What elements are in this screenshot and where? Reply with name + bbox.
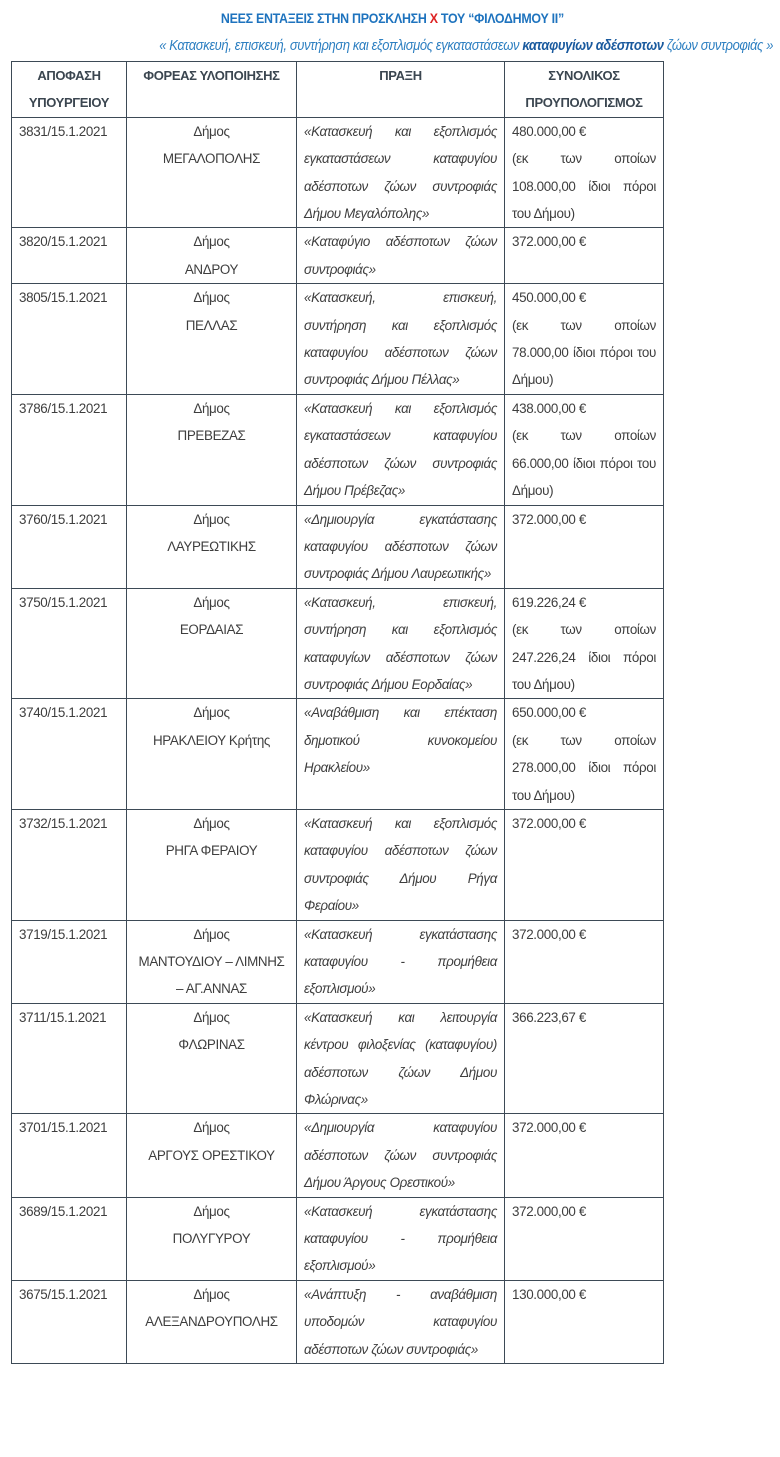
page-title: ΝΕΕΣ ΕΝΤΑΞΕΙΣ ΣΤΗΝ ΠΡΟΣΚΛΗΣΗ Χ ΤΟΥ “ΦΙΛΟ…: [34, 11, 752, 26]
action-cell: «Κατασκευή εγκατάστασης καταφυγίου - προ…: [297, 920, 505, 1003]
action-text: «Ανάπτυξη - αναβάθμιση υποδομών καταφυγί…: [304, 1287, 497, 1357]
body-name: ΑΛΕΞΑΝΔΡΟΥΠΟΛΗΣ: [145, 1314, 277, 1329]
body-name: ΛΑΥΡΕΩΤΙΚΗΣ: [167, 539, 256, 554]
action-cell: «Κατασκευή και εξοπλισμός εγκαταστάσεων …: [297, 394, 505, 505]
implementing-body-cell: ΔήμοςΡΗΓΑ ΦΕΡΑΙΟΥ: [127, 809, 297, 920]
action-text: «Αναβάθμιση και επέκταση δημοτικού κυνοκ…: [304, 705, 497, 775]
own-funds-note: (εκ των οποίων 247.226,24 ίδιοι πόροι το…: [512, 622, 656, 692]
decision-cell: 3711/15.1.2021: [12, 1003, 127, 1114]
decision-number: 3740/15.1.2021: [19, 705, 107, 720]
action-text: «Κατασκευή, επισκευή, συντήρηση και εξοπ…: [304, 595, 497, 692]
table-row: 3820/15.1.2021 ΔήμοςΑΝΔΡΟΥ «Καταφύγιο αδ…: [12, 228, 664, 284]
budget-cell: 372.000,00 €: [505, 1197, 664, 1280]
body-type: Δήμος: [193, 234, 229, 249]
budget-cell: 372.000,00 €: [505, 228, 664, 284]
table-header-row: ΑΠΟΦΑΣΗΥΠΟΥΡΓΕΙΟΥ ΦΟΡΕΑΣ ΥΛΟΠΟΙΗΣΗΣ ΠΡΑΞ…: [12, 62, 664, 118]
implementing-body-cell: ΔήμοςΛΑΥΡΕΩΤΙΚΗΣ: [127, 505, 297, 588]
decision-cell: 3786/15.1.2021: [12, 394, 127, 505]
budget-cell: 372.000,00 €: [505, 505, 664, 588]
action-cell: «Δημιουργία καταφυγίου αδέσποτων ζώων συ…: [297, 1114, 505, 1197]
budget-amount: 480.000,00 €: [512, 118, 656, 145]
table-row: 3760/15.1.2021 ΔήμοςΛΑΥΡΕΩΤΙΚΗΣ «Δημιουρ…: [12, 505, 664, 588]
action-cell: «Ανάπτυξη - αναβάθμιση υποδομών καταφυγί…: [297, 1280, 505, 1363]
column-header-action: ΠΡΑΞΗ: [297, 62, 505, 118]
action-text: «Κατασκευή, επισκευή, συντήρηση και εξοπ…: [304, 290, 497, 387]
implementing-body-cell: ΔήμοςΑΡΓΟΥΣ ΟΡΕΣΤΙΚΟΥ: [127, 1114, 297, 1197]
budget-amount: 450.000,00 €: [512, 284, 656, 311]
action-cell: «Κατασκευή και εξοπλισμός καταφυγίου αδέ…: [297, 809, 505, 920]
budget-amount: 438.000,00 €: [512, 395, 656, 422]
implementing-body-cell: ΔήμοςΗΡΑΚΛΕΙΟΥ Κρήτης: [127, 699, 297, 810]
budget-amount: 372.000,00 €: [512, 228, 656, 255]
budget-cell: 450.000,00 €(εκ των οποίων 78.000,00 ίδι…: [505, 284, 664, 395]
implementing-body-cell: ΔήμοςΑΛΕΞΑΝΔΡΟΥΠΟΛΗΣ: [127, 1280, 297, 1363]
column-header-decision: ΑΠΟΦΑΣΗΥΠΟΥΡΓΕΙΟΥ: [12, 62, 127, 118]
subtitle-bold: καταφυγίων αδέσποτων: [522, 38, 663, 54]
body-type: Δήμος: [193, 595, 229, 610]
decision-cell: 3701/15.1.2021: [12, 1114, 127, 1197]
column-header-budget: ΣΥΝΟΛΙΚΟΣΠΡΟΥΠΟΛΟΓΙΣΜΟΣ: [505, 62, 664, 118]
body-type: Δήμος: [193, 401, 229, 416]
implementing-body-cell: ΔήμοςΦΛΩΡΙΝΑΣ: [127, 1003, 297, 1114]
table-row: 3711/15.1.2021 ΔήμοςΦΛΩΡΙΝΑΣ «Κατασκευή …: [12, 1003, 664, 1114]
decision-cell: 3675/15.1.2021: [12, 1280, 127, 1363]
decision-number: 3675/15.1.2021: [19, 1287, 107, 1302]
decision-cell: 3750/15.1.2021: [12, 588, 127, 699]
body-name: ΜΑΝΤΟΥΔΙΟΥ – ΛΙΜΝΗΣ – ΑΓ.ΑΝΝΑΣ: [139, 954, 285, 996]
own-funds-note: (εκ των οποίων 278.000,00 ίδιοι πόροι το…: [512, 733, 656, 803]
action-text: «Δημιουργία εγκατάστασης καταφυγίου αδέσ…: [304, 512, 497, 582]
column-header-body: ΦΟΡΕΑΣ ΥΛΟΠΟΙΗΣΗΣ: [127, 62, 297, 118]
decision-number: 3820/15.1.2021: [19, 234, 107, 249]
budget-amount: 372.000,00 €: [512, 1198, 656, 1225]
action-cell: «Κατασκευή, επισκευή, συντήρηση και εξοπ…: [297, 588, 505, 699]
decision-number: 3805/15.1.2021: [19, 290, 107, 305]
action-cell: «Κατασκευή και λειτουργία κέντρου φιλοξε…: [297, 1003, 505, 1114]
implementing-body-cell: ΔήμοςΠΡΕΒΕΖΑΣ: [127, 394, 297, 505]
body-type: Δήμος: [193, 124, 229, 139]
table-row: 3831/15.1.2021 ΔήμοςΜΕΓΑΛΟΠΟΛΗΣ «Κατασκε…: [12, 117, 664, 228]
action-text: «Κατασκευή και εξοπλισμός καταφυγίου αδέ…: [304, 816, 497, 913]
implementing-body-cell: ΔήμοςΜΕΓΑΛΟΠΟΛΗΣ: [127, 117, 297, 228]
body-type: Δήμος: [193, 290, 229, 305]
table-row: 3740/15.1.2021 ΔήμοςΗΡΑΚΛΕΙΟΥ Κρήτης «Αν…: [12, 699, 664, 810]
own-funds-note: (εκ των οποίων 108.000,00 ίδιοι πόροι το…: [512, 151, 656, 221]
budget-amount: 130.000,00 €: [512, 1281, 656, 1308]
action-cell: «Κατασκευή και εξοπλισμός εγκαταστάσεων …: [297, 117, 505, 228]
action-cell: «Καταφύγιο αδέσποτων ζώων συντροφιάς»: [297, 228, 505, 284]
table-row: 3701/15.1.2021 ΔήμοςΑΡΓΟΥΣ ΟΡΕΣΤΙΚΟΥ «Δη…: [12, 1114, 664, 1197]
budget-amount: 366.223,67 €: [512, 1004, 656, 1031]
decision-number: 3750/15.1.2021: [19, 595, 107, 610]
body-type: Δήμος: [193, 1204, 229, 1219]
table-row: 3719/15.1.2021 ΔήμοςΜΑΝΤΟΥΔΙΟΥ – ΛΙΜΝΗΣ …: [12, 920, 664, 1003]
body-name: ΠΟΛΥΓΥΡΟΥ: [173, 1231, 251, 1246]
body-name: ΜΕΓΑΛΟΠΟΛΗΣ: [163, 151, 260, 166]
action-text: «Κατασκευή εγκατάστασης καταφυγίου - προ…: [304, 1204, 497, 1274]
budget-cell: 130.000,00 €: [505, 1280, 664, 1363]
decision-cell: 3740/15.1.2021: [12, 699, 127, 810]
body-type: Δήμος: [193, 816, 229, 831]
budget-cell: 366.223,67 €: [505, 1003, 664, 1114]
decision-number: 3760/15.1.2021: [19, 512, 107, 527]
budget-cell: 372.000,00 €: [505, 920, 664, 1003]
action-text: «Δημιουργία καταφυγίου αδέσποτων ζώων συ…: [304, 1120, 497, 1190]
decision-cell: 3760/15.1.2021: [12, 505, 127, 588]
decision-cell: 3805/15.1.2021: [12, 284, 127, 395]
budget-cell: 650.000,00 €(εκ των οποίων 278.000,00 ίδ…: [505, 699, 664, 810]
budget-amount: 372.000,00 €: [512, 506, 656, 533]
budget-cell: 438.000,00 €(εκ των οποίων 66.000,00 ίδι…: [505, 394, 664, 505]
decision-cell: 3689/15.1.2021: [12, 1197, 127, 1280]
body-type: Δήμος: [193, 1010, 229, 1025]
decision-cell: 3820/15.1.2021: [12, 228, 127, 284]
decision-number: 3786/15.1.2021: [19, 401, 107, 416]
body-name: ΑΝΔΡΟΥ: [185, 262, 238, 277]
budget-cell: 372.000,00 €: [505, 809, 664, 920]
decision-cell: 3831/15.1.2021: [12, 117, 127, 228]
budget-amount: 650.000,00 €: [512, 699, 656, 726]
action-text: «Κατασκευή εγκατάστασης καταφυγίου - προ…: [304, 927, 497, 997]
action-cell: «Κατασκευή εγκατάστασης καταφυγίου - προ…: [297, 1197, 505, 1280]
table-row: 3750/15.1.2021 ΔήμοςΕΟΡΔΑΙΑΣ «Κατασκευή,…: [12, 588, 664, 699]
table-row: 3689/15.1.2021 ΔήμοςΠΟΛΥΓΥΡΟΥ «Κατασκευή…: [12, 1197, 664, 1280]
body-name: ΡΗΓΑ ΦΕΡΑΙΟΥ: [166, 843, 258, 858]
body-name: ΦΛΩΡΙΝΑΣ: [178, 1037, 244, 1052]
budget-cell: 372.000,00 €: [505, 1114, 664, 1197]
implementing-body-cell: ΔήμοςΕΟΡΔΑΙΑΣ: [127, 588, 297, 699]
action-cell: «Κατασκευή, επισκευή, συντήρηση και εξοπ…: [297, 284, 505, 395]
decision-cell: 3719/15.1.2021: [12, 920, 127, 1003]
body-type: Δήμος: [193, 927, 229, 942]
decision-number: 3732/15.1.2021: [19, 816, 107, 831]
decision-number: 3831/15.1.2021: [19, 124, 107, 139]
body-name: ΠΕΛΛΑΣ: [186, 318, 238, 333]
body-name: ΗΡΑΚΛΕΙΟΥ Κρήτης: [153, 733, 270, 748]
decision-number: 3711/15.1.2021: [19, 1010, 106, 1025]
own-funds-note: (εκ των οποίων 66.000,00 ίδιοι πόροι του…: [512, 428, 656, 498]
action-cell: «Αναβάθμιση και επέκταση δημοτικού κυνοκ…: [297, 699, 505, 810]
body-type: Δήμος: [193, 1120, 229, 1135]
title-prefix: ΝΕΕΣ ΕΝΤΑΞΕΙΣ ΣΤΗΝ ΠΡΟΣΚΛΗΣΗ: [221, 11, 430, 26]
body-name: ΑΡΓΟΥΣ ΟΡΕΣΤΙΚΟΥ: [148, 1148, 274, 1163]
decision-cell: 3732/15.1.2021: [12, 809, 127, 920]
decision-number: 3689/15.1.2021: [19, 1204, 107, 1219]
own-funds-note: (εκ των οποίων 78.000,00 ίδιοι πόροι του…: [512, 318, 656, 388]
decision-number: 3719/15.1.2021: [19, 927, 107, 942]
body-name: ΕΟΡΔΑΙΑΣ: [180, 622, 243, 637]
action-text: «Κατασκευή και εξοπλισμός εγκαταστάσεων …: [304, 401, 497, 498]
table-row: 3675/15.1.2021 ΔήμοςΑΛΕΞΑΝΔΡΟΥΠΟΛΗΣ «Ανά…: [12, 1280, 664, 1363]
implementing-body-cell: ΔήμοςΜΑΝΤΟΥΔΙΟΥ – ΛΙΜΝΗΣ – ΑΓ.ΑΝΝΑΣ: [127, 920, 297, 1003]
title-suffix: ΤΟΥ “ΦΙΛΟΔΗΜΟΥ ΙΙ”: [438, 11, 564, 26]
budget-amount: 372.000,00 €: [512, 921, 656, 948]
table-row: 3732/15.1.2021 ΔήμοςΡΗΓΑ ΦΕΡΑΙΟΥ «Κατασκ…: [12, 809, 664, 920]
action-cell: «Δημιουργία εγκατάστασης καταφυγίου αδέσ…: [297, 505, 505, 588]
implementing-body-cell: ΔήμοςΠΟΛΥΓΥΡΟΥ: [127, 1197, 297, 1280]
action-text: «Κατασκευή και εξοπλισμός εγκαταστάσεων …: [304, 124, 497, 221]
action-text: «Καταφύγιο αδέσποτων ζώων συντροφιάς»: [304, 234, 497, 276]
table-row: 3805/15.1.2021 ΔήμοςΠΕΛΛΑΣ «Κατασκευή, ε…: [12, 284, 664, 395]
action-text: «Κατασκευή και λειτουργία κέντρου φιλοξε…: [304, 1010, 497, 1107]
budget-amount: 619.226,24 €: [512, 589, 656, 616]
implementing-body-cell: ΔήμοςΑΝΔΡΟΥ: [127, 228, 297, 284]
inclusions-table: ΑΠΟΦΑΣΗΥΠΟΥΡΓΕΙΟΥ ΦΟΡΕΑΣ ΥΛΟΠΟΙΗΣΗΣ ΠΡΑΞ…: [11, 61, 664, 1364]
body-type: Δήμος: [193, 1287, 229, 1302]
subtitle-suffix: ζώων συντροφιάς »: [664, 38, 773, 54]
budget-cell: 619.226,24 €(εκ των οποίων 247.226,24 ίδ…: [505, 588, 664, 699]
budget-cell: 480.000,00 €(εκ των οποίων 108.000,00 ίδ…: [505, 117, 664, 228]
body-type: Δήμος: [193, 705, 229, 720]
decision-number: 3701/15.1.2021: [19, 1120, 107, 1135]
budget-amount: 372.000,00 €: [512, 1114, 656, 1141]
budget-amount: 372.000,00 €: [512, 810, 656, 837]
implementing-body-cell: ΔήμοςΠΕΛΛΑΣ: [127, 284, 297, 395]
page-subtitle: « Κατασκευή, επισκευή, συντήρηση και εξο…: [159, 38, 773, 54]
body-type: Δήμος: [193, 512, 229, 527]
table-row: 3786/15.1.2021 ΔήμοςΠΡΕΒΕΖΑΣ «Κατασκευή …: [12, 394, 664, 505]
subtitle-prefix: « Κατασκευή, επισκευή, συντήρηση και εξο…: [159, 38, 522, 54]
body-name: ΠΡΕΒΕΖΑΣ: [178, 428, 246, 443]
